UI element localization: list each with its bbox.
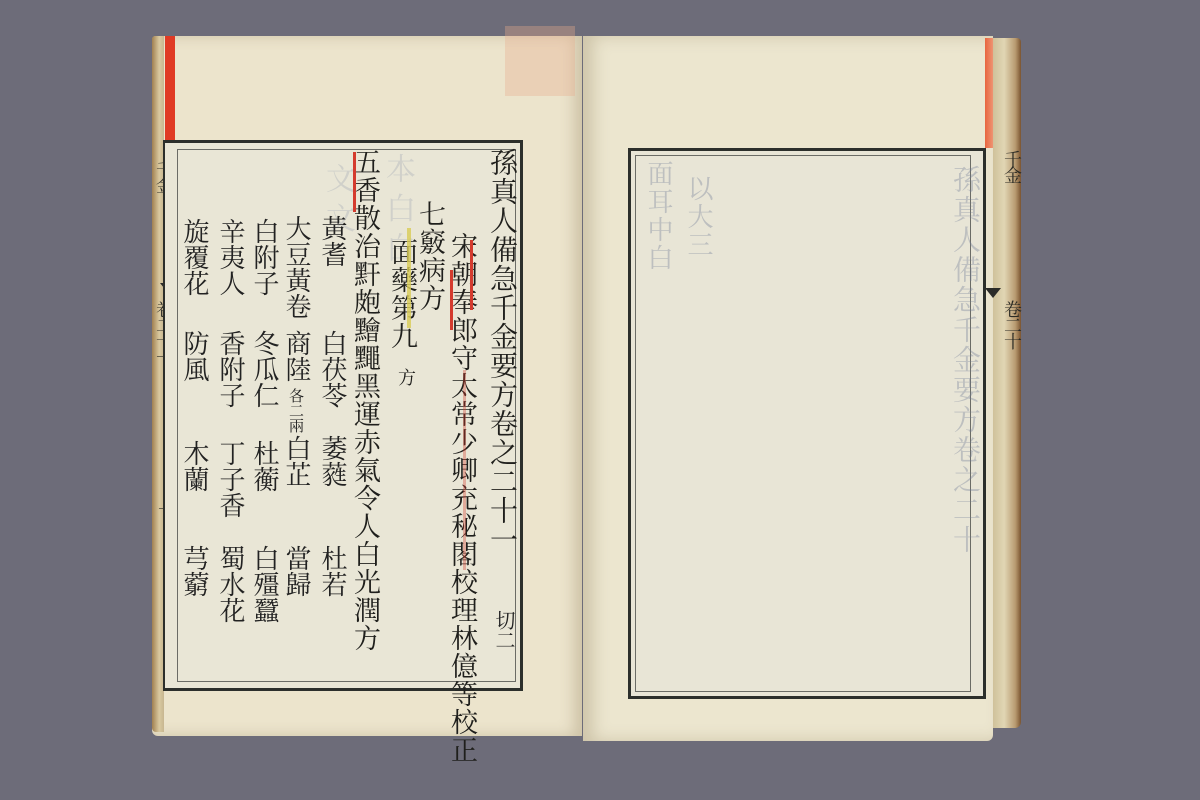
- herb-item: 杜蘅: [250, 440, 278, 492]
- subsection-count: 方: [395, 368, 415, 387]
- herb-item: 黃耆: [318, 215, 346, 267]
- left-red-edge-mark: [165, 36, 175, 146]
- right-edge-title: 千金: [998, 150, 1024, 182]
- herb-item: 香附子: [216, 330, 244, 408]
- herb-item: 白芷: [282, 435, 310, 487]
- page-marker: 切二: [490, 610, 519, 650]
- herb-item: 萎蕤: [318, 435, 346, 487]
- herb-item: 芎藭: [180, 545, 208, 597]
- herb-item: 木蘭: [180, 440, 208, 492]
- herb-item: 大豆黃卷: [282, 215, 310, 319]
- herb-item: 杜若: [318, 545, 346, 597]
- herb-item: 蜀水花: [216, 545, 244, 623]
- herb-item: 白殭蠶: [250, 545, 278, 623]
- bleed-through-text: 以大三: [680, 175, 717, 259]
- herb-item: 防風: [180, 330, 208, 382]
- formula-title: 五香散治䵟皰䵳䵴黑運赤氣令人白光潤方: [350, 148, 379, 652]
- fish-tail-mark-right: [985, 288, 1001, 298]
- herb-item: 丁子香: [216, 440, 244, 518]
- right-edge-volume: 卷二十: [998, 300, 1024, 348]
- herb-item: 辛夷人: [216, 218, 244, 296]
- subsection-title: 面藥第九: [385, 238, 417, 350]
- herb-dosage-note: 各二兩: [288, 388, 303, 433]
- herb-item: 白附子: [250, 218, 278, 296]
- yellow-annotation-mark: [407, 228, 411, 328]
- red-annotation-mark: [353, 152, 356, 212]
- herb-item: 旋覆花: [180, 218, 208, 296]
- right-fore-edge: [993, 38, 1021, 728]
- herb-item: 冬瓜仁: [250, 330, 278, 408]
- open-book: 千金 卷二十一 一 文 文 本 白 白 孫真人備急千金要方卷之二十一 切二 宋朝…: [0, 0, 1200, 800]
- herb-item: 當歸: [282, 545, 310, 597]
- red-annotation-line: [463, 370, 466, 570]
- red-annotation-mark: [470, 240, 473, 310]
- herb-item: 白茯苓: [318, 330, 346, 408]
- bleed-through-header: 孫真人備急千金要方卷之二十: [945, 165, 985, 555]
- red-annotation-mark: [450, 270, 453, 330]
- herb-item: 商陸: [282, 330, 310, 382]
- bleed-through-text: 面耳中白: [640, 160, 677, 272]
- faint-seal-stamp: [505, 26, 575, 96]
- section-title: 七竅病方: [414, 200, 444, 312]
- volume-header: 孫真人備急千金要方卷之二十一: [485, 148, 519, 554]
